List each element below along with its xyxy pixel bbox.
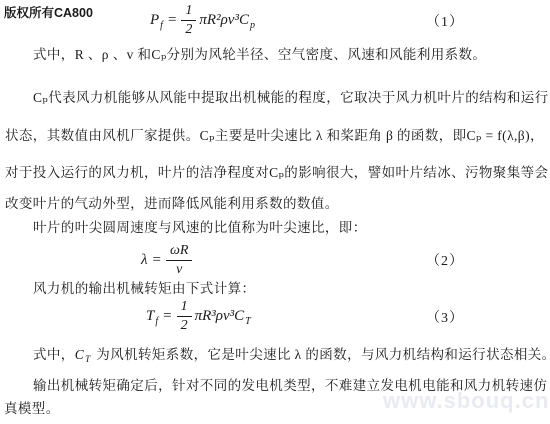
eq1-fraction-numerator: 1: [181, 3, 196, 21]
eq2-fraction-denominator: v: [176, 261, 182, 278]
document-page: 版权所有CA800 Pf = 1 2 πR²ρv³Cp （1） 式中，R 、ρ …: [0, 0, 550, 424]
paragraph-tsr-intro: 叶片的叶尖圆周速度与风速的比值称为叶尖速比，即：: [33, 220, 367, 236]
where-eq3-prefix: 式中，: [33, 347, 75, 362]
equation-1: Pf = 1 2 πR²ρv³Cp: [150, 3, 255, 38]
equation-3: Tf = 1 2 πR³ρv³CT: [146, 299, 251, 334]
paragraph-cp-line1: Cₚ代表风力机能够从风能中提取出机械能的程度，它取决于风力机叶片的结构和运行: [33, 90, 549, 106]
eq3-equals-sign: =: [163, 308, 171, 325]
eq2-fraction: ωR v: [166, 243, 192, 278]
eq2-lhs: λ: [141, 252, 148, 269]
eq1-lhs: P: [150, 12, 159, 29]
eq3-lhs-subscript: f: [155, 316, 158, 327]
paragraph-where-eq1: 式中，R 、ρ 、v 和Cₚ分别为风轮半径、空气密度、风速和风能利用系数。: [33, 47, 486, 63]
site-watermark: www.sbouq.cn: [383, 388, 549, 414]
eq3-fraction-denominator: 2: [181, 317, 188, 334]
paragraph-cp-line4: 改变叶片的气动外型，进而降低风能利用系数的数值。: [5, 196, 339, 212]
paragraph-final-line2: 真模型。: [4, 401, 60, 417]
variable-ct: C: [75, 347, 84, 362]
eq1-fraction: 1 2: [181, 3, 196, 38]
where-eq3-suffix: 为风机转矩系数，它是叶尖速比 λ 的函数，与风力机结构和运行状态相关。: [93, 347, 550, 362]
eq1-equals-sign: =: [168, 12, 176, 29]
eq2-equals-sign: =: [153, 252, 161, 269]
variable-ct-subscript: T: [85, 354, 90, 364]
copyright-notice: 版权所有CA800: [4, 5, 93, 21]
paragraph-torque-intro: 风力机的输出机械转矩由下式计算：: [33, 281, 255, 297]
eq3-lhs: T: [146, 308, 154, 325]
eq3-fraction-numerator: 1: [177, 299, 192, 317]
equation-3-number: （3）: [426, 307, 464, 327]
equation-2: λ = ωR v: [141, 243, 195, 278]
eq1-rhs: πR²ρv³C: [199, 12, 249, 29]
paragraph-cp-line3: 对于投入运行的风力机，叶片的洁净程度对Cₚ的影响很大，譬如叶片结冰、污物聚集等会: [5, 165, 548, 181]
eq3-rhs: πR³ρv³C: [195, 308, 245, 325]
paragraph-where-eq3: 式中，CT 为风机转矩系数，它是叶尖速比 λ 的函数，与风力机结构和运行状态相关…: [33, 347, 550, 364]
eq1-rhs-subscript: p: [250, 20, 255, 31]
eq3-rhs-subscript: T: [245, 316, 251, 327]
eq3-fraction: 1 2: [177, 299, 192, 334]
eq1-lhs-subscript: f: [160, 20, 163, 31]
paragraph-cp-line2: 状态，其数值由风机厂家提供。Cₚ主要是叶尖速比 λ 和桨距角 β 的函数，即Cₚ…: [5, 128, 544, 144]
equation-1-number: （1）: [426, 11, 464, 31]
eq1-fraction-denominator: 2: [185, 21, 192, 38]
eq2-fraction-numerator: ωR: [166, 243, 192, 261]
equation-2-number: （2）: [426, 250, 464, 270]
